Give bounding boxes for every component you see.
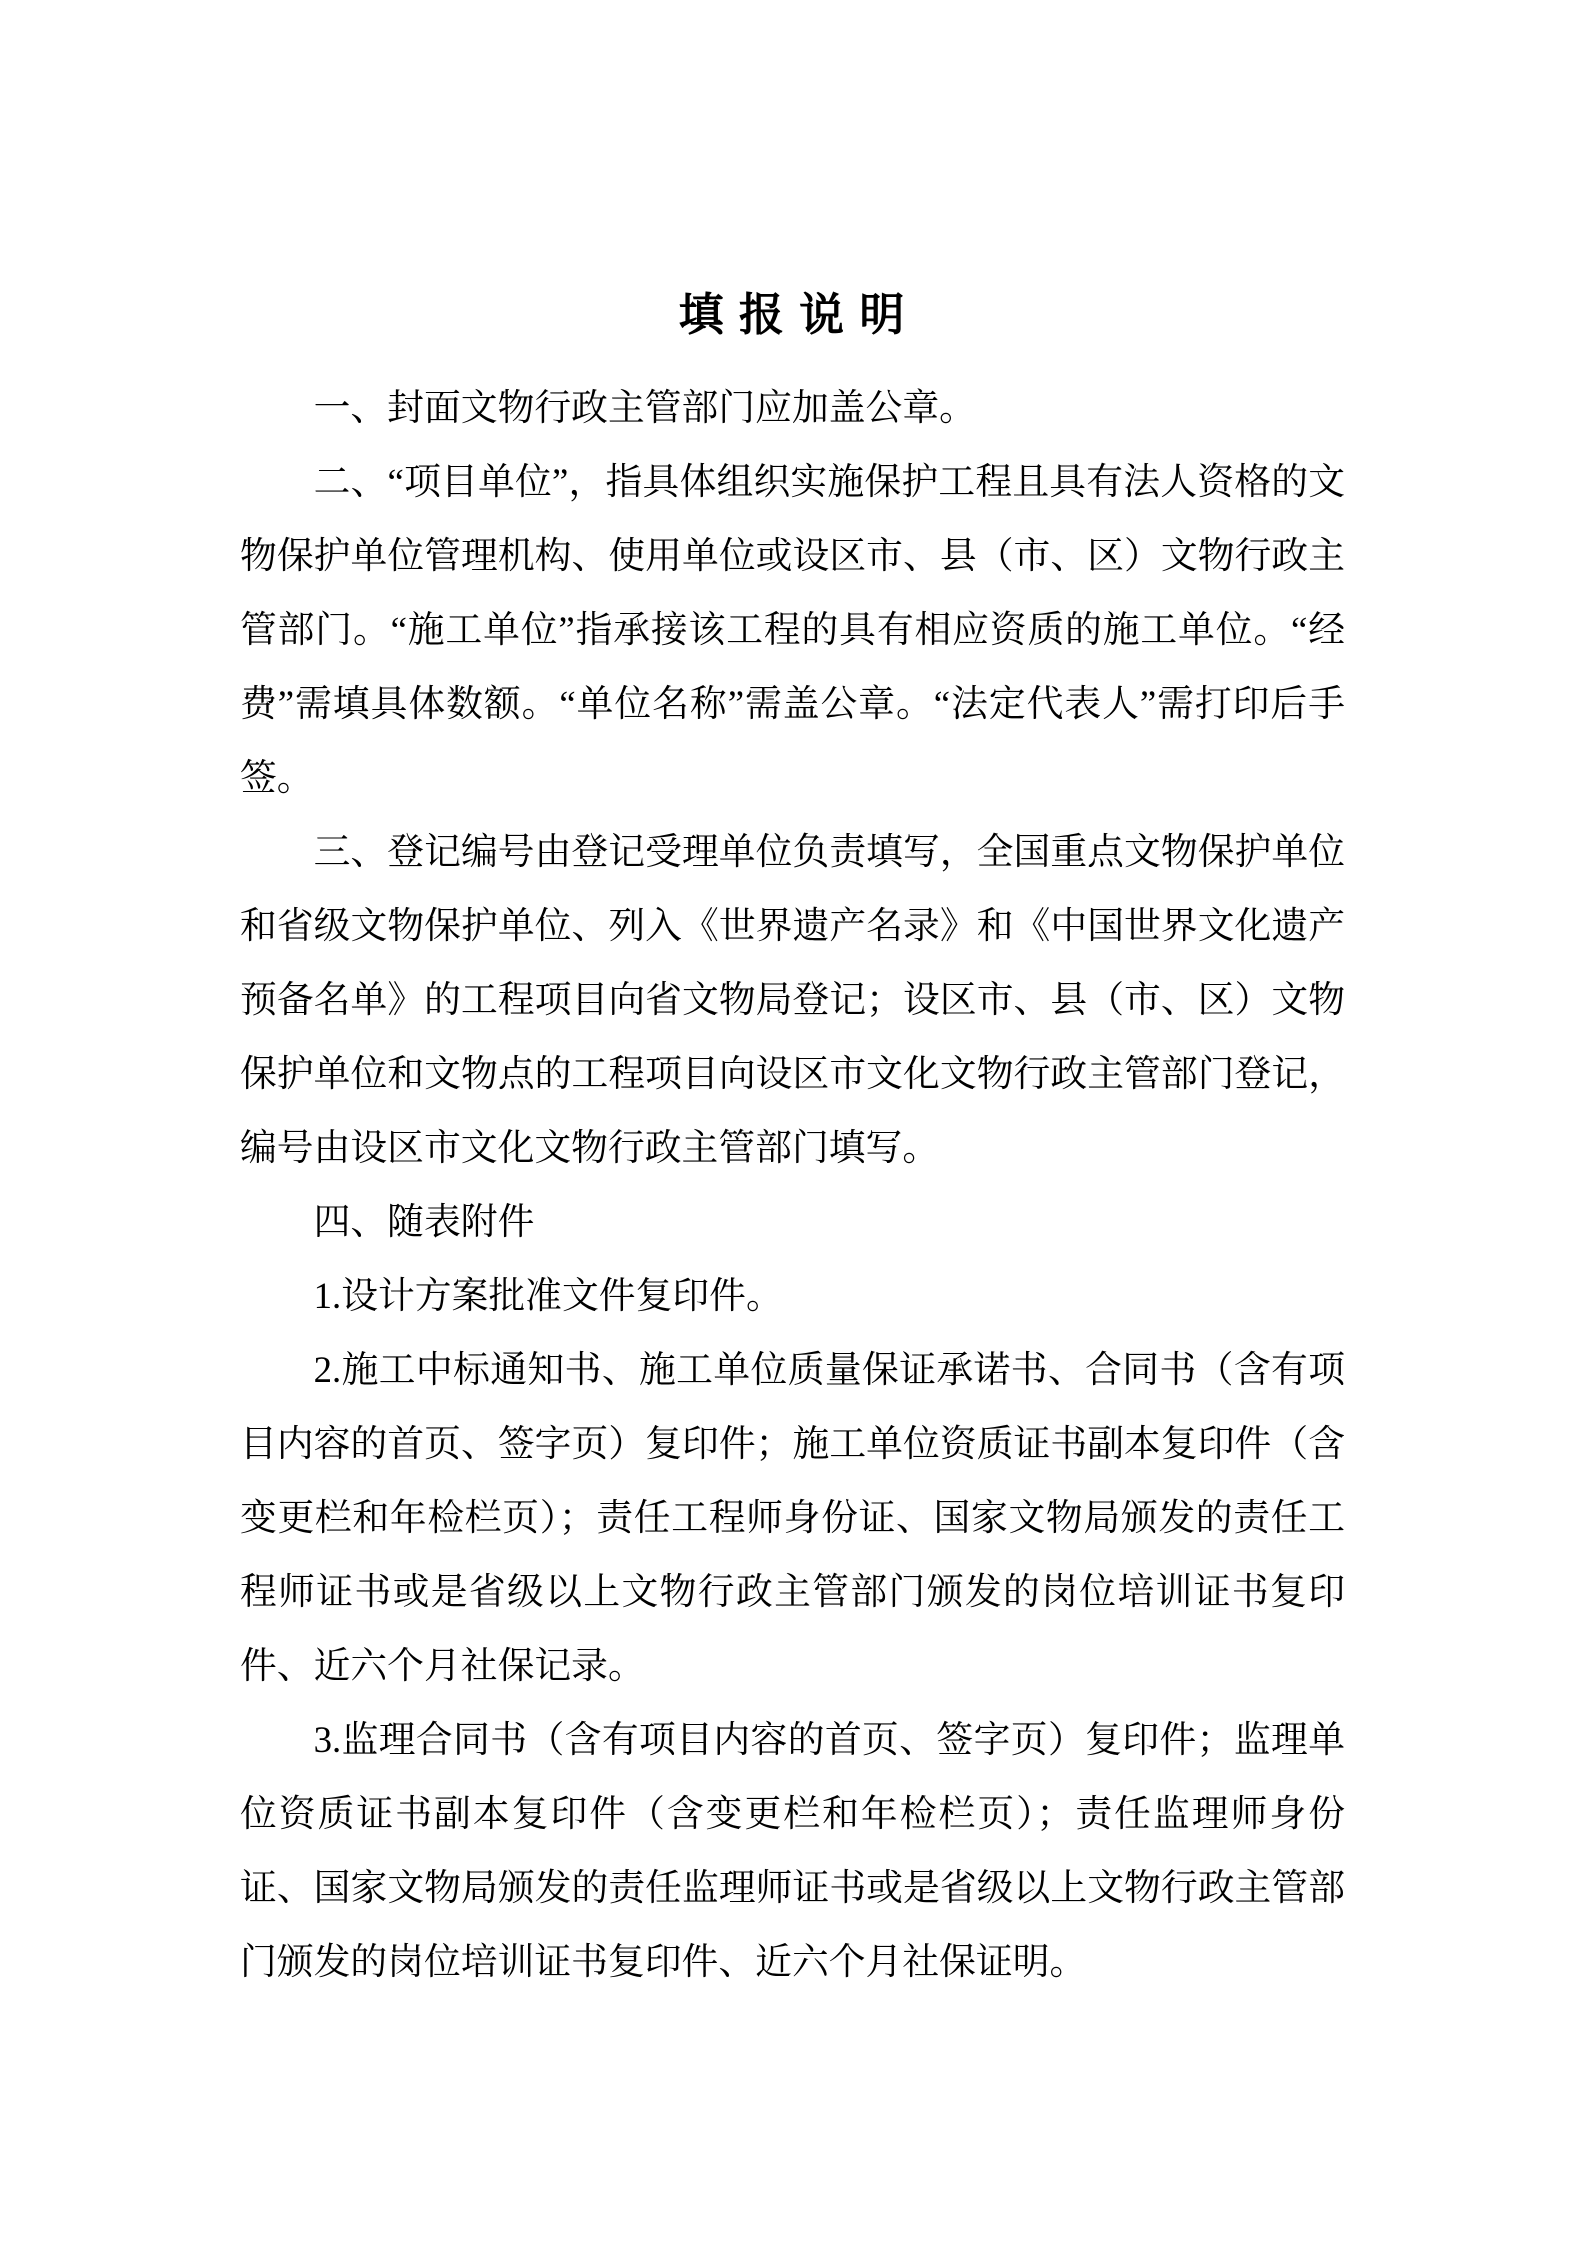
paragraph-project-unit-definition: 二、“项目单位”，指具体组织实施保护工程且具有法人资格的文物保护单位管理机构、使… — [240, 445, 1345, 815]
paragraph-attachment-3: 3.监理合同书（含有项目内容的首页、签字页）复印件；监理单位资质证书副本复印件（… — [240, 1703, 1345, 1999]
paragraph-attachments-heading: 四、随表附件 — [240, 1185, 1345, 1259]
paragraph-cover-seal: 一、封面文物行政主管部门应加盖公章。 — [240, 371, 1345, 445]
paragraph-attachment-1: 1.设计方案批准文件复印件。 — [240, 1259, 1345, 1333]
document-title: 填 报 说 明 — [240, 278, 1345, 352]
paragraph-registration-number: 三、登记编号由登记受理单位负责填写，全国重点文物保护单位和省级文物保护单位、列入… — [240, 815, 1345, 1185]
paragraph-attachment-2: 2.施工中标通知书、施工单位质量保证承诺书、合同书（含有项目内容的首页、签字页）… — [240, 1333, 1345, 1703]
document-page: 填 报 说 明 一、封面文物行政主管部门应加盖公章。 二、“项目单位”，指具体组… — [0, 0, 1587, 2245]
